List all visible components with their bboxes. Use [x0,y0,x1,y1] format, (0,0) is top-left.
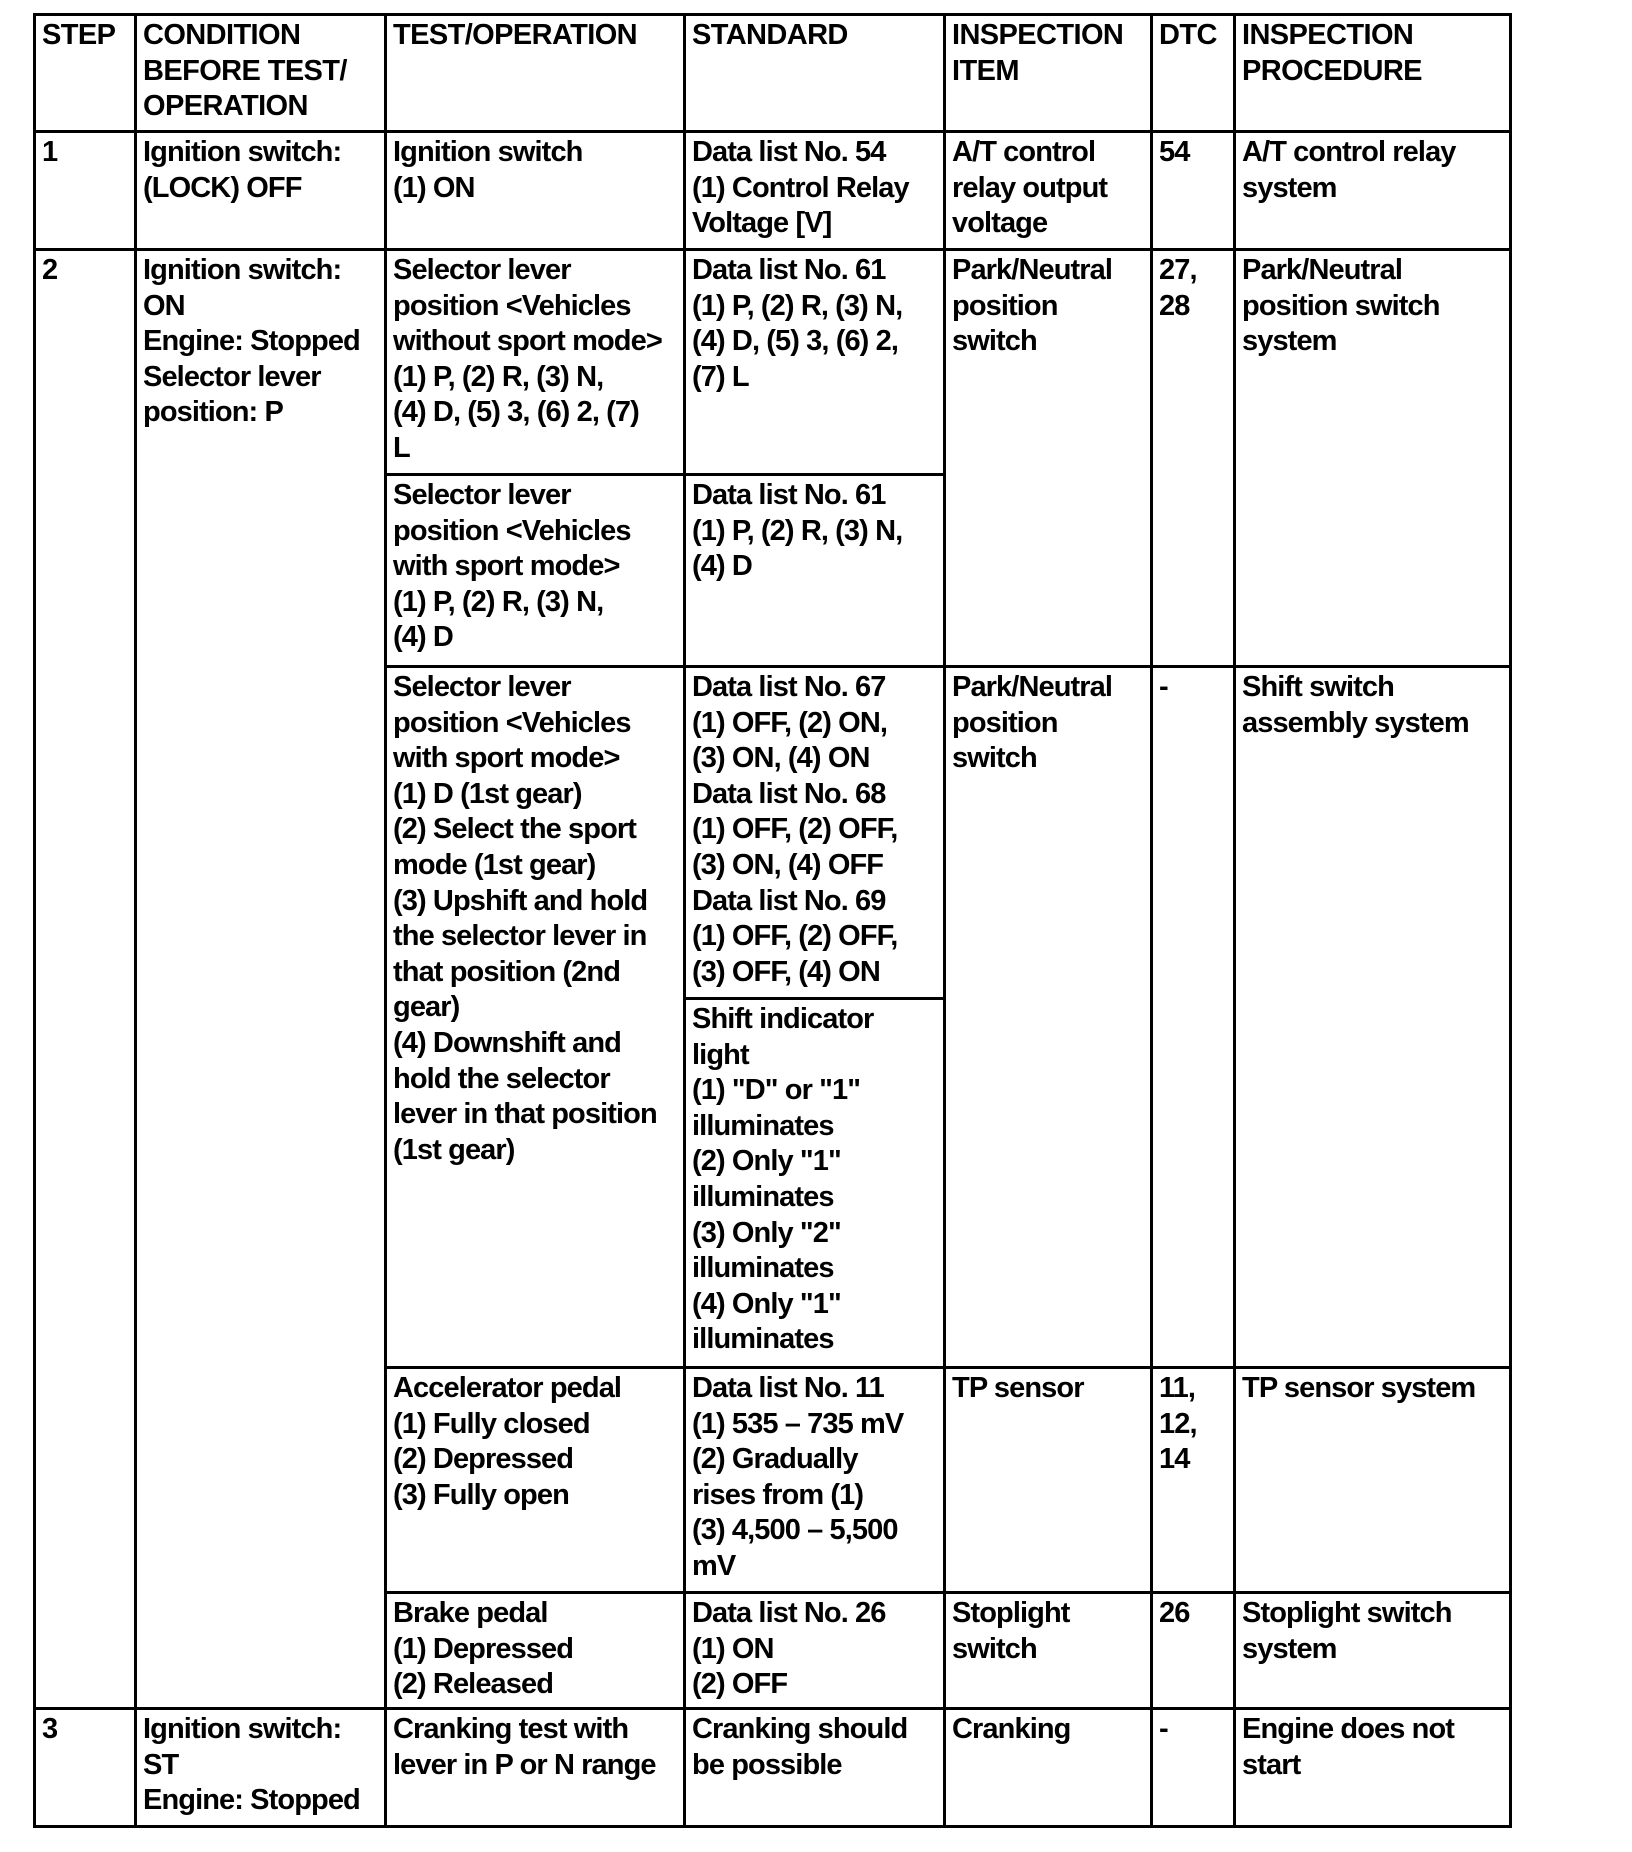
test-cell: Selector lever position <Vehicles with s… [386,667,685,1368]
standard-cell: Data list No. 67 (1) OFF, (2) ON, (3) ON… [685,667,945,999]
table-row: 2 Ignition switch: ON Engine: Stopped Se… [35,250,1511,475]
test-cell: Cranking test with lever in P or N range [386,1709,685,1827]
header-condition: CONDITION BEFORE TEST/ OPERATION [136,15,386,132]
header-step: STEP [35,15,136,132]
table-row: 1 Ignition switch: (LOCK) OFF Ignition s… [35,132,1511,250]
item-cell: A/T control relay output voltage [945,132,1152,250]
item-cell: Park/Neutral position switch [945,250,1152,667]
step-cell: 2 [35,250,136,1709]
item-cell: Stoplight switch [945,1593,1152,1709]
item-cell: TP sensor [945,1368,1152,1593]
procedure-cell: Stoplight switch system [1235,1593,1511,1709]
dtc-cell: - [1152,667,1235,1368]
header-dtc: DTC [1152,15,1235,132]
test-cell: Accelerator pedal (1) Fully closed (2) D… [386,1368,685,1593]
standard-cell: Data list No. 26 (1) ON (2) OFF [685,1593,945,1709]
dtc-cell: 54 [1152,132,1235,250]
dtc-cell: - [1152,1709,1235,1827]
condition-cell: Ignition switch: (LOCK) OFF [136,132,386,250]
standard-cell: Shift indicator light (1) "D" or "1" ill… [685,999,945,1368]
standard-cell: Data list No. 11 (1) 535 – 735 mV (2) Gr… [685,1368,945,1593]
procedure-cell: Engine does not start [1235,1709,1511,1827]
standard-cell: Data list No. 61 (1) P, (2) R, (3) N, (4… [685,475,945,667]
procedure-cell: A/T control relay system [1235,132,1511,250]
item-cell: Cranking [945,1709,1152,1827]
inspection-table: STEP CONDITION BEFORE TEST/ OPERATION TE… [33,13,1512,1828]
table-row: 3 Ignition switch: ST Engine: Stopped Cr… [35,1709,1511,1827]
header-row: STEP CONDITION BEFORE TEST/ OPERATION TE… [35,15,1511,132]
test-cell: Brake pedal (1) Depressed (2) Released [386,1593,685,1709]
test-cell: Ignition switch (1) ON [386,132,685,250]
condition-cell: Ignition switch: ST Engine: Stopped [136,1709,386,1827]
standard-cell: Cranking should be possible [685,1709,945,1827]
header-test-operation: TEST/OPERATION [386,15,685,132]
dtc-cell: 27, 28 [1152,250,1235,667]
item-cell: Park/Neutral position switch [945,667,1152,1368]
step-cell: 3 [35,1709,136,1827]
standard-cell: Data list No. 54 (1) Control Relay Volta… [685,132,945,250]
dtc-cell: 11, 12, 14 [1152,1368,1235,1593]
test-cell: Selector lever position <Vehicles with s… [386,475,685,667]
header-inspection-item: INSPECTION ITEM [945,15,1152,132]
standard-cell: Data list No. 61 (1) P, (2) R, (3) N, (4… [685,250,945,475]
test-cell: Selector lever position <Vehicles withou… [386,250,685,475]
condition-cell: Ignition switch: ON Engine: Stopped Sele… [136,250,386,1709]
procedure-cell: Shift switch assembly system [1235,667,1511,1368]
procedure-cell: TP sensor system [1235,1368,1511,1593]
header-inspection-procedure: INSPECTION PROCEDURE [1235,15,1511,132]
header-standard: STANDARD [685,15,945,132]
dtc-cell: 26 [1152,1593,1235,1709]
step-cell: 1 [35,132,136,250]
procedure-cell: Park/Neutral position switch system [1235,250,1511,667]
